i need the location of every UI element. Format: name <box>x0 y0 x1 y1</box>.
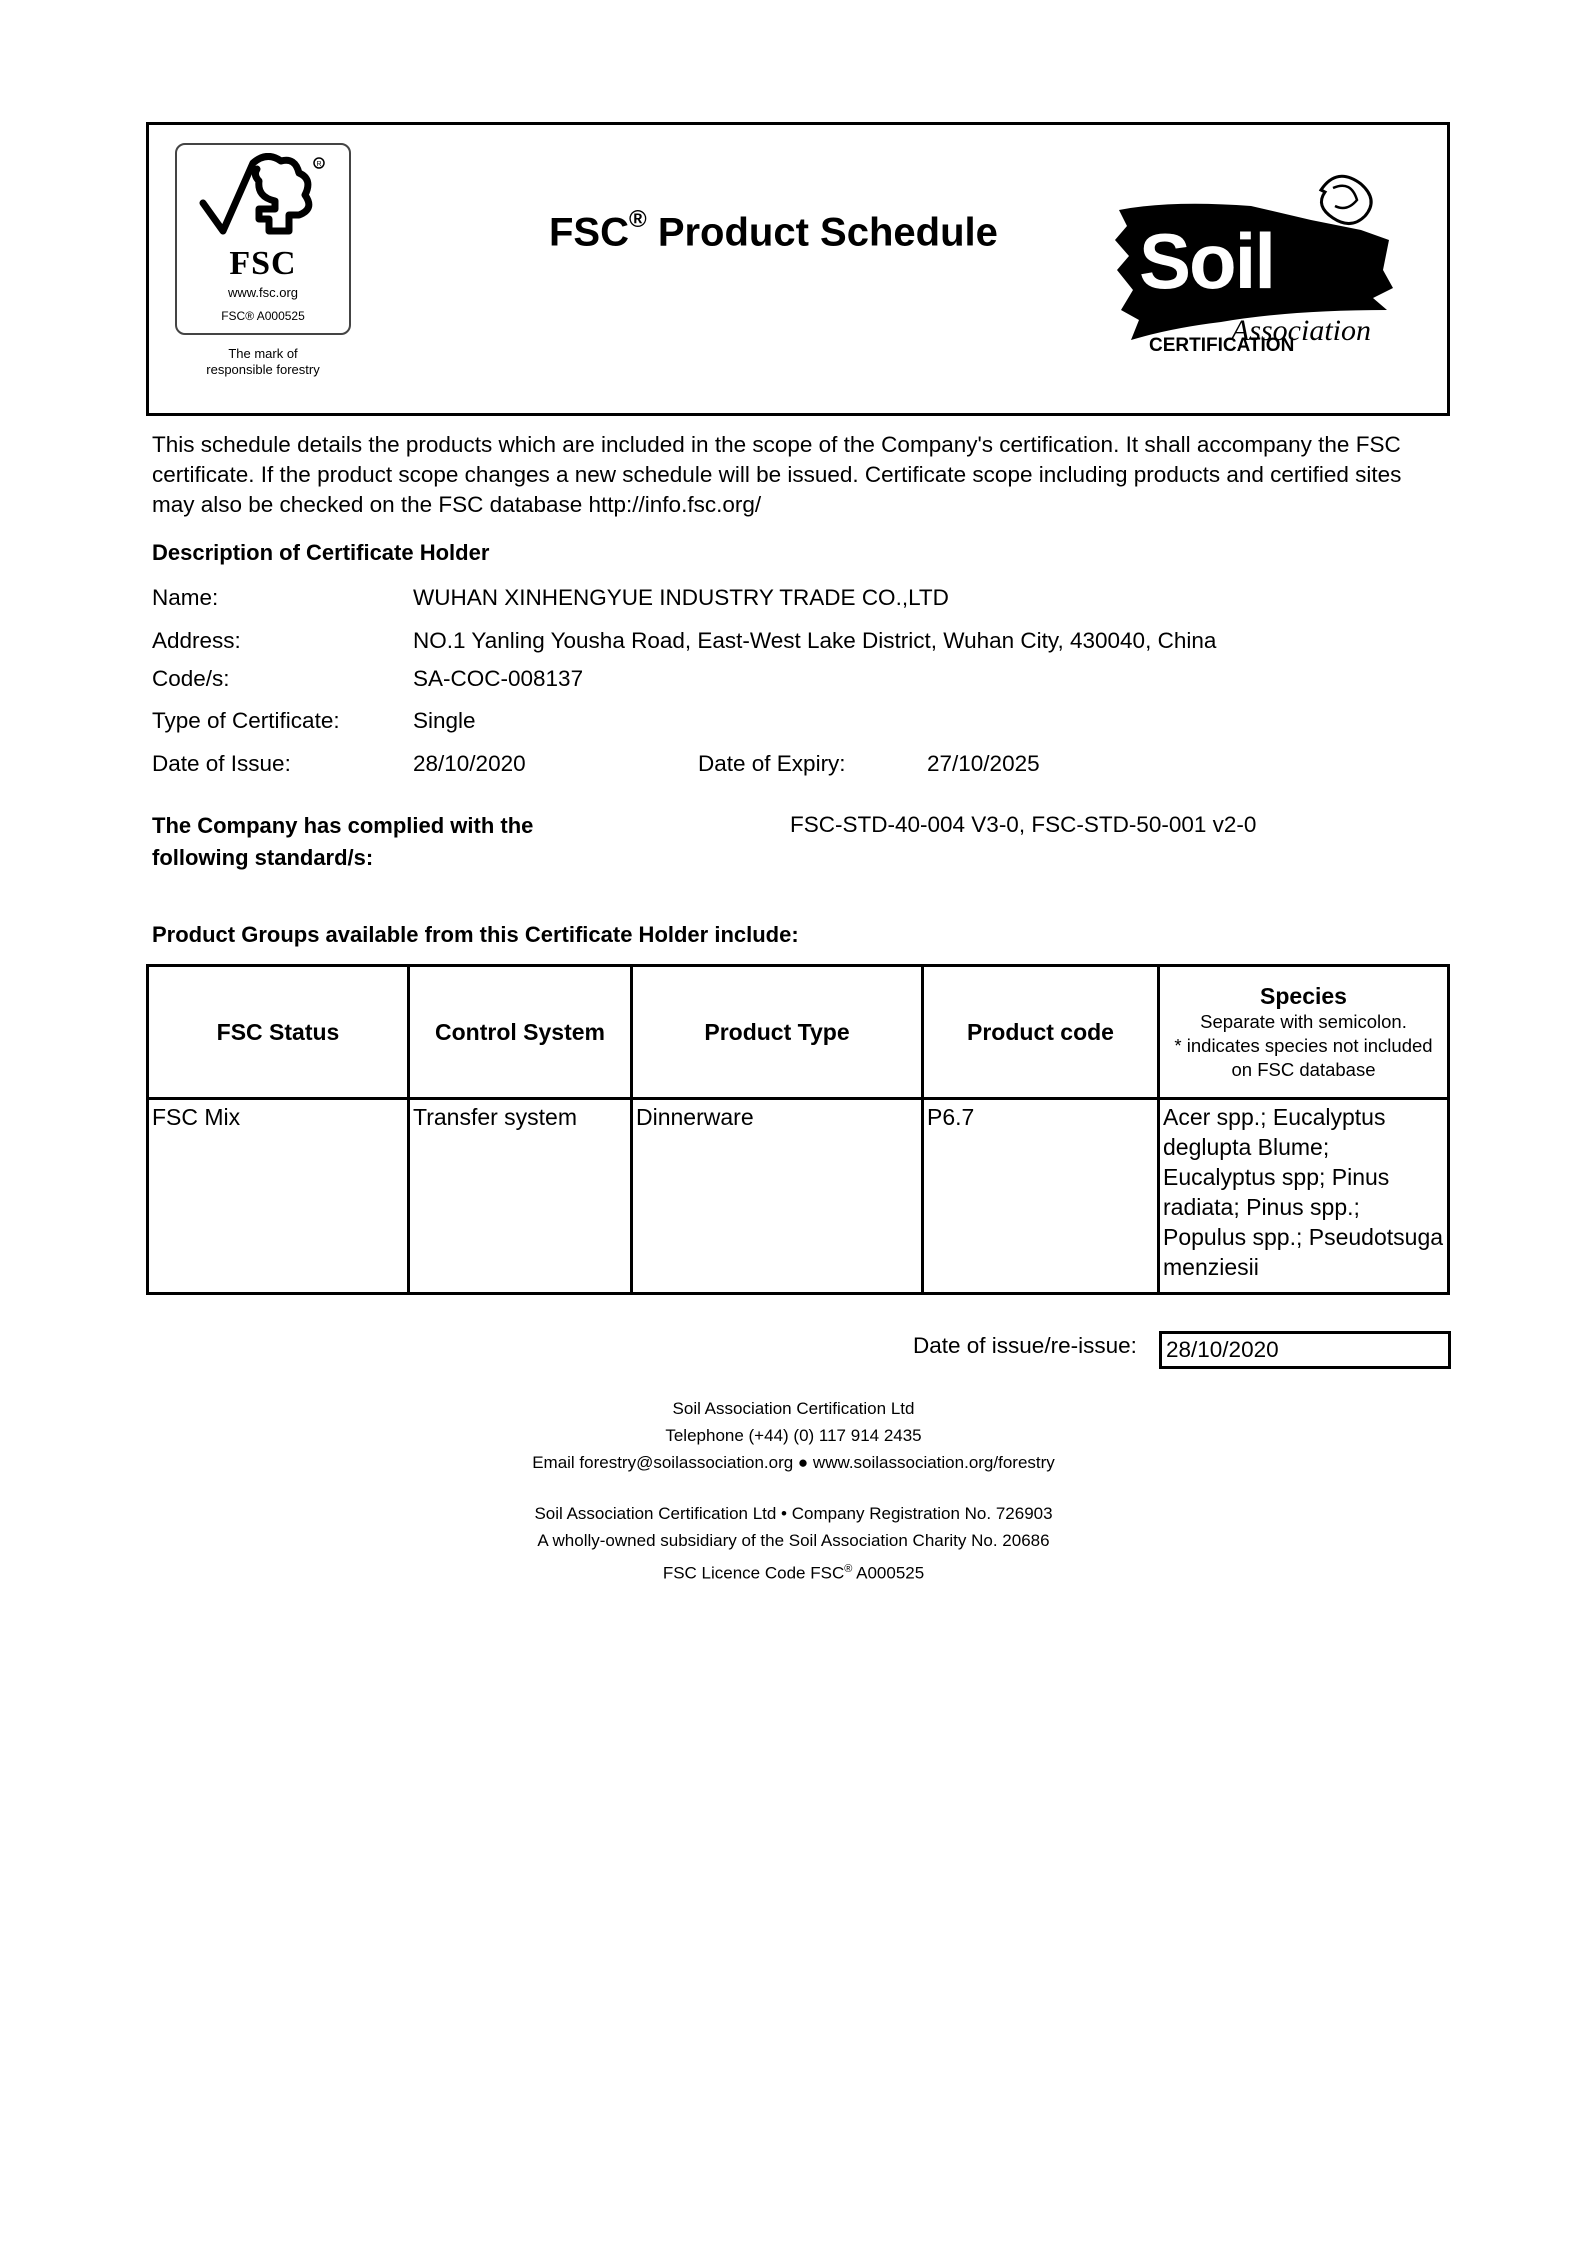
reissue-date: 28/10/2020 <box>1159 1331 1451 1369</box>
fsc-url: www.fsc.org <box>177 285 349 300</box>
standards-value: FSC-STD-40-004 V3-0, FSC-STD-50-001 v2-0 <box>790 812 1256 838</box>
col-fsc-status: FSC Status <box>148 966 409 1099</box>
fsc-tagline-line1: The mark of <box>175 346 351 362</box>
reissue-label: Date of issue/re-issue: <box>913 1333 1137 1359</box>
issue-date: 28/10/2020 <box>413 751 526 777</box>
footer-legal: Soil Association Certification Ltd • Com… <box>0 1500 1587 1587</box>
holder-name: WUHAN XINHENGYUE INDUSTRY TRADE CO.,LTD <box>413 585 949 611</box>
footer-registration: Soil Association Certification Ltd • Com… <box>0 1500 1587 1527</box>
fsc-tagline-line2: responsible forestry <box>175 362 351 378</box>
fsc-logo-code: FSC® A000525 <box>177 309 349 323</box>
footer-contact: Soil Association Certification Ltd Telep… <box>0 1395 1587 1476</box>
type-label: Type of Certificate: <box>152 708 340 734</box>
fsc-tagline: The mark of responsible forestry <box>175 346 351 378</box>
fsc-tree-checkmark-icon: R <box>195 153 335 248</box>
footer-telephone: Telephone (+44) (0) 117 914 2435 <box>0 1422 1587 1449</box>
expiry-date-label: Date of Expiry: <box>698 751 846 777</box>
title-suffix: Product Schedule <box>658 210 998 254</box>
footer-licence: FSC Licence Code FSC® A000525 <box>0 1556 1587 1587</box>
page-title: FSC® Product Schedule <box>549 210 998 255</box>
col-product-type: Product Type <box>632 966 923 1099</box>
codes-label: Code/s: <box>152 666 230 692</box>
footer-licence-code: A000525 <box>852 1564 924 1583</box>
species-note-1: Separate with semicolon. <box>1160 1010 1447 1034</box>
holder-address: NO.1 Yanling Yousha Road, East-West Lake… <box>413 628 1216 654</box>
holder-codes: SA-COC-008137 <box>413 666 583 692</box>
title-prefix: FSC <box>549 210 629 254</box>
standards-label-line1: The Company has complied with the <box>152 810 533 842</box>
standards-label: The Company has complied with the follow… <box>152 810 533 874</box>
fsc-wordmark: FSC <box>177 245 349 283</box>
table-header-row: FSC Status Control System Product Type P… <box>148 966 1449 1099</box>
cell-species: Acer spp.; Eucalyptus deglupta Blume; Eu… <box>1159 1099 1449 1294</box>
soil-certification-label: CERTIFICATION <box>1149 335 1294 357</box>
svg-text:R: R <box>317 161 322 168</box>
issue-date-label: Date of Issue: <box>152 751 291 777</box>
registered-mark: ® <box>629 206 647 233</box>
cell-fsc-status: FSC Mix <box>148 1099 409 1294</box>
header-box: R FSC www.fsc.org FSC® A000525 The mark … <box>146 122 1450 416</box>
soil-association-logo-icon: Soil Association <box>1111 170 1411 350</box>
certificate-type: Single <box>413 708 476 734</box>
fsc-logo: R FSC www.fsc.org FSC® A000525 <box>175 143 351 335</box>
standards-label-line2: following standard/s: <box>152 842 533 874</box>
footer-licence-prefix: FSC Licence Code FSC <box>663 1564 844 1583</box>
products-heading: Product Groups available from this Certi… <box>152 922 799 948</box>
species-title: Species <box>1160 982 1447 1010</box>
expiry-date: 27/10/2025 <box>927 751 1040 777</box>
species-note-2: * indicates species not included <box>1160 1034 1447 1058</box>
footer-subsidiary: A wholly-owned subsidiary of the Soil As… <box>0 1527 1587 1554</box>
intro-paragraph: This schedule details the products which… <box>152 430 1442 520</box>
species-note-3: on FSC database <box>1160 1058 1447 1082</box>
footer-email-web: Email forestry@soilassociation.org ● www… <box>0 1449 1587 1476</box>
products-table: FSC Status Control System Product Type P… <box>146 964 1450 1295</box>
cell-product-type: Dinnerware <box>632 1099 923 1294</box>
address-label: Address: <box>152 628 241 654</box>
cell-product-code: P6.7 <box>923 1099 1159 1294</box>
name-label: Name: <box>152 585 218 611</box>
table-row: FSC Mix Transfer system Dinnerware P6.7 … <box>148 1099 1449 1294</box>
col-product-code: Product code <box>923 966 1159 1099</box>
col-species: Species Separate with semicolon. * indic… <box>1159 966 1449 1099</box>
cell-control-system: Transfer system <box>409 1099 632 1294</box>
footer-company: Soil Association Certification Ltd <box>0 1395 1587 1422</box>
holder-heading: Description of Certificate Holder <box>152 540 489 566</box>
svg-text:Soil: Soil <box>1139 217 1274 305</box>
col-control-system: Control System <box>409 966 632 1099</box>
